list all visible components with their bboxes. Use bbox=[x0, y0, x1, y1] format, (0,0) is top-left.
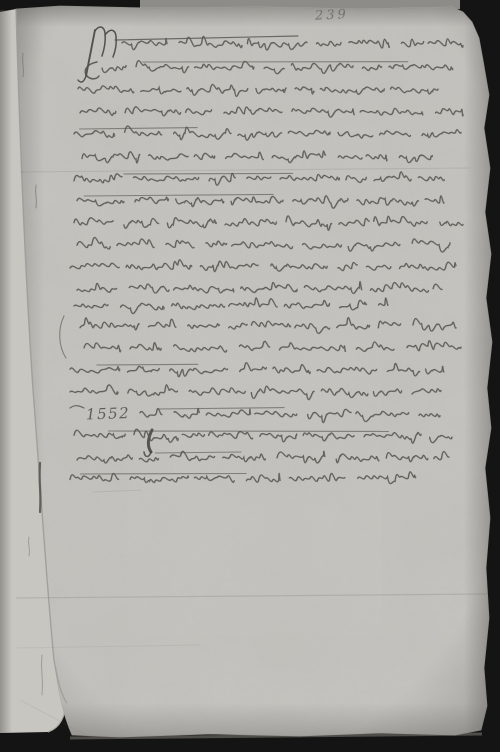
manuscript-scan: 239 1552 bbox=[0, 0, 500, 752]
manuscript-page-svg: 239 1552 bbox=[0, 0, 500, 752]
page-number: 239 bbox=[314, 7, 350, 24]
strike-flourish bbox=[123, 173, 293, 174]
strike-flourish bbox=[80, 474, 247, 475]
date-fragment: 1552 bbox=[86, 404, 131, 424]
strike-flourish bbox=[96, 364, 198, 365]
margin-ink-mark bbox=[40, 463, 41, 512]
paper-texture bbox=[0, 0, 500, 752]
